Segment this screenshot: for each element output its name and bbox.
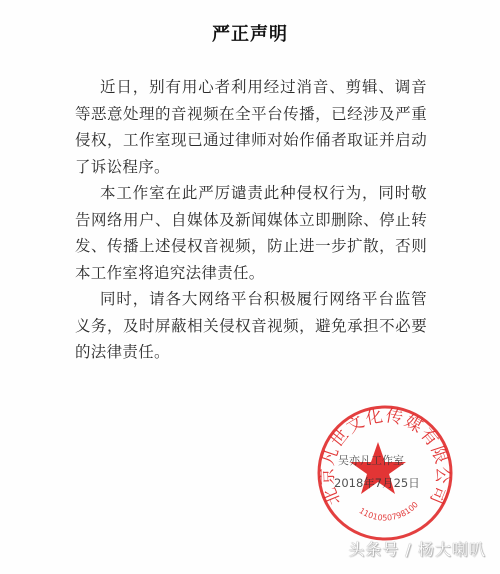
statement-body: 近日，别有用心者利用经过消音、剪辑、调音等恶意处理的音视频在全平台传播，已经涉及…	[75, 74, 427, 366]
company-seal: 北京凡世文化传媒有限公司 1101050798100 吴亦凡工作室 2018年7…	[316, 404, 454, 542]
paragraph-2: 本工作室在此严厉谴责此种侵权行为，同时敬告网络用户、自媒体及新闻媒体立即删除、停…	[75, 180, 427, 286]
statement-page: 严正声明 近日，别有用心者利用经过消音、剪辑、调音等恶意处理的音视频在全平台传播…	[0, 0, 500, 574]
seal-graphic: 北京凡世文化传媒有限公司 1101050798100	[316, 404, 454, 542]
seal-serial: 1101050798100	[357, 500, 419, 522]
svg-text:1101050798100: 1101050798100	[357, 500, 419, 522]
seal-studio-name: 吴亦凡工作室	[338, 452, 404, 468]
document-title: 严正声明	[0, 20, 500, 46]
paragraph-3: 同时，请各大网络平台积极履行网络平台监管义务，及时屏蔽相关侵权音视频，避免承担不…	[75, 286, 427, 366]
seal-date: 2018年7月25日	[334, 475, 420, 491]
paragraph-1: 近日，别有用心者利用经过消音、剪辑、调音等恶意处理的音视频在全平台传播，已经涉及…	[75, 74, 427, 180]
watermark: 头条号 / 杨大喇叭	[348, 537, 486, 560]
